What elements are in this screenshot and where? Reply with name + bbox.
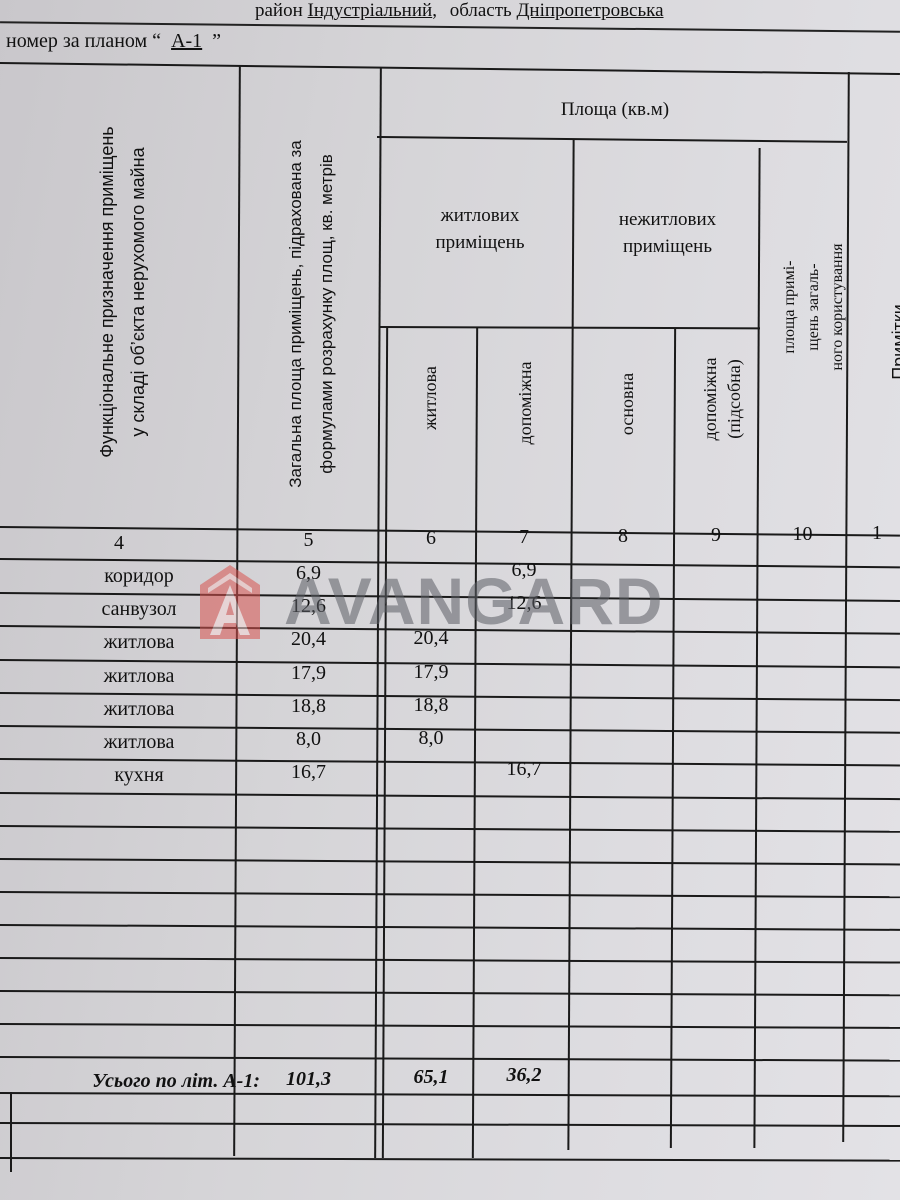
open-quote: “ bbox=[152, 30, 161, 52]
total-living-area: 65,1 bbox=[386, 1061, 476, 1093]
header-notes: Примітки bbox=[884, 282, 900, 402]
row-divider bbox=[0, 957, 900, 964]
total-auxiliary-area: 36,2 bbox=[476, 1059, 572, 1091]
header-residential-living: житлова bbox=[415, 328, 446, 468]
row-auxiliary-area: 6,9 bbox=[476, 554, 572, 586]
row-purpose: кухня bbox=[40, 759, 238, 791]
row-living-area bbox=[386, 589, 476, 621]
column-number: 1 bbox=[847, 517, 900, 549]
row-total-area: 20,4 bbox=[238, 623, 379, 655]
district-prefix: район bbox=[255, 0, 303, 21]
row-divider bbox=[0, 1157, 900, 1162]
column-number: 10 bbox=[758, 518, 847, 550]
row-auxiliary-area bbox=[476, 654, 572, 686]
header-functional-purpose: Функціональне призначення приміщень у ск… bbox=[92, 92, 154, 492]
row-total-area: 18,8 bbox=[238, 690, 379, 722]
row-purpose: коридор bbox=[40, 560, 238, 592]
row-divider bbox=[0, 1023, 900, 1029]
row-total-area: 16,7 bbox=[238, 756, 379, 788]
row-divider bbox=[0, 792, 900, 800]
row-total-area: 12,6 bbox=[238, 590, 379, 622]
row-auxiliary-area bbox=[476, 687, 572, 719]
header-nonresidential-group: нежитлових приміщень bbox=[575, 206, 760, 260]
row-total-area: 8,0 bbox=[238, 723, 379, 755]
header-nonresidential-auxiliary: допоміжна (підсобна) bbox=[698, 324, 746, 474]
column-number: 8 bbox=[572, 520, 674, 552]
row-living-area: 8,0 bbox=[386, 722, 476, 754]
plan-number: А-1 bbox=[161, 30, 212, 52]
header-residential-auxiliary: допоміжна bbox=[510, 328, 541, 478]
row-divider bbox=[0, 924, 900, 931]
header-area-group: Площа (кв.м) bbox=[470, 96, 760, 123]
row-divider bbox=[0, 990, 900, 996]
row-divider bbox=[0, 825, 900, 833]
row-auxiliary-area bbox=[476, 620, 572, 652]
close-quote: ” bbox=[212, 30, 221, 52]
row-living-area: 18,8 bbox=[386, 689, 476, 721]
header-total-area: Загальна площа приміщень, підрахована за… bbox=[280, 104, 342, 524]
row-living-area: 17,9 bbox=[386, 656, 476, 688]
row-auxiliary-area: 12,6 bbox=[476, 587, 572, 619]
row-living-area bbox=[386, 755, 476, 787]
row-divider bbox=[0, 1122, 900, 1127]
column-number: 7 bbox=[476, 521, 572, 553]
row-total-area: 6,9 bbox=[238, 557, 379, 589]
area-table: Функціональне призначення приміщень у ск… bbox=[0, 62, 900, 1182]
row-purpose: житлова bbox=[40, 660, 238, 692]
row-purpose: житлова bbox=[40, 693, 238, 725]
col-divider bbox=[10, 1092, 12, 1172]
district-value: Індустріальний bbox=[308, 0, 433, 21]
row-auxiliary-area: 16,7 bbox=[476, 753, 572, 785]
total-area: 101,3 bbox=[238, 1063, 379, 1095]
header-nonresidential-main: основна bbox=[612, 334, 643, 474]
row-purpose: житлова bbox=[40, 726, 238, 758]
column-number: 4 bbox=[0, 527, 238, 559]
column-number: 5 bbox=[238, 524, 379, 556]
header-divider bbox=[377, 136, 847, 143]
col-divider bbox=[753, 148, 760, 1148]
column-number: 9 bbox=[674, 519, 758, 551]
header-residential-group: житлових приміщень bbox=[385, 202, 575, 256]
region-prefix: область bbox=[450, 0, 512, 21]
plan-label: номер за планом bbox=[6, 30, 147, 52]
row-divider bbox=[0, 891, 900, 898]
row-purpose: санвузол bbox=[40, 593, 238, 625]
row-living-area: 20,4 bbox=[386, 622, 476, 654]
region-value: Дніпропетровська bbox=[516, 0, 663, 21]
row-total-area: 17,9 bbox=[238, 657, 379, 689]
table-border-top bbox=[0, 62, 900, 75]
row-living-area bbox=[386, 556, 476, 588]
total-label: Усього по літ. А-1: bbox=[40, 1065, 260, 1097]
row-divider bbox=[0, 858, 900, 865]
header-common-use: площа примі- щень загаль- ного користува… bbox=[778, 202, 850, 412]
plan-number-line: номер за планом “А-1” bbox=[6, 30, 221, 53]
column-number: 6 bbox=[386, 522, 476, 554]
row-purpose: житлова bbox=[40, 626, 238, 658]
row-auxiliary-area bbox=[476, 720, 572, 752]
